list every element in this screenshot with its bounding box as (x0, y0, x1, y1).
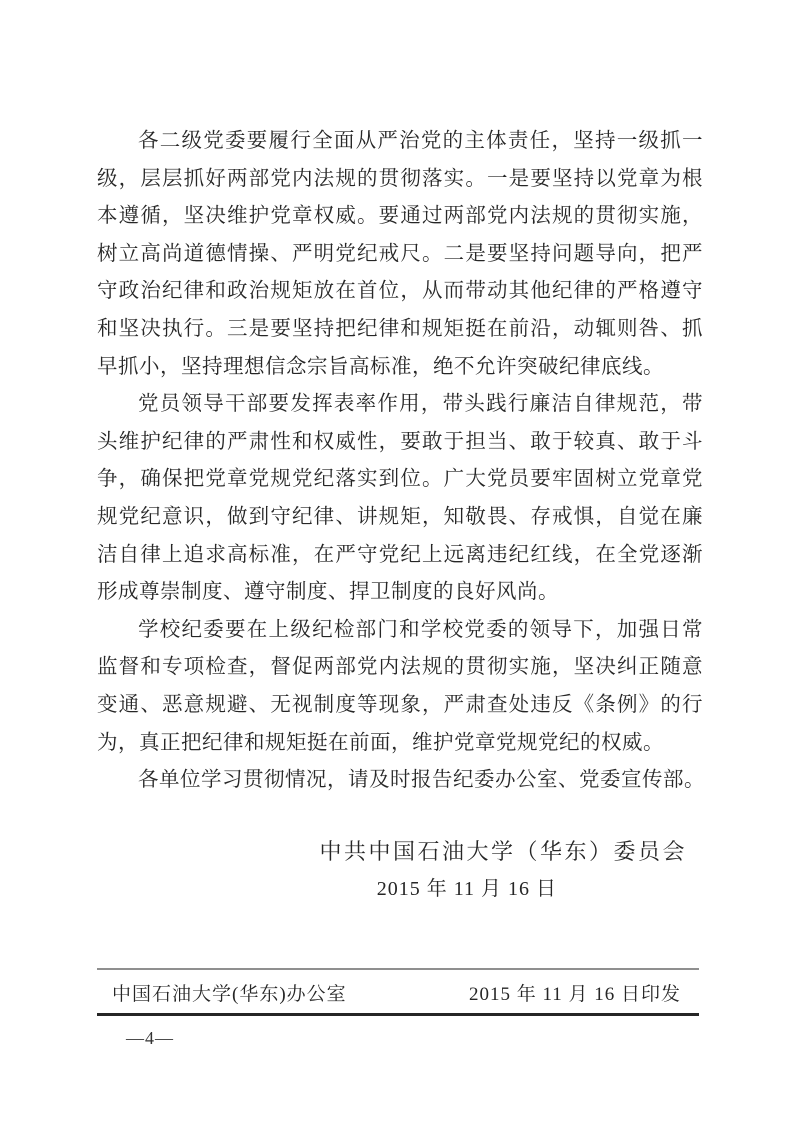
document-body: 各二级党委要履行全面从严治党的主体责任，坚持一级抓一 级，层层抓好两部党内法规的… (97, 123, 703, 800)
body-line: 党员领导干部要发挥表率作用，带头践行廉洁自律规范，带 (97, 386, 703, 424)
body-line: 守政治纪律和政治规矩放在首位，从而带动其他纪律的严格遵守 (97, 273, 703, 311)
body-line: 级，层层抓好两部党内法规的贯彻落实。一是要坚持以党章为根 (97, 161, 703, 199)
body-line: 学校纪委要在上级纪检部门和学校党委的领导下，加强日常 (97, 612, 703, 650)
issuing-office: 中国石油大学(华东)办公室 (112, 981, 347, 1009)
body-line: 各二级党委要履行全面从严治党的主体责任，坚持一级抓一 (97, 123, 703, 161)
print-date: 2015 年 11 月 16 日印发 (469, 981, 681, 1009)
colophon-rule-top (97, 968, 699, 970)
body-line: 洁自律上追求高标准，在严守党纪上远离违纪红线，在全党逐渐 (97, 537, 703, 575)
body-line: 树立高尚道德情操、严明党纪戒尺。二是要坚持问题导向，把严 (97, 236, 703, 274)
body-line: 形成尊崇制度、遵守制度、捍卫制度的良好风尚。 (97, 574, 703, 612)
body-line: 监督和专项检查，督促两部党内法规的贯彻实施，坚决纠正随意 (97, 649, 703, 687)
body-line: 和坚决执行。三是要坚持把纪律和规矩挺在前沿，动辄则咎、抓 (97, 311, 703, 349)
body-line: 早抓小，坚持理想信念宗旨高标准，绝不允许突破纪律底线。 (97, 349, 703, 387)
document-page: 各二级党委要履行全面从严治党的主体责任，坚持一级抓一 级，层层抓好两部党内法规的… (0, 0, 799, 1131)
signature-date: 2015 年 11 月 16 日 (97, 876, 703, 902)
body-line: 争，确保把党章党规党纪落实到位。广大党员要牢固树立党章党 (97, 461, 703, 499)
body-line: 为，真正把纪律和规矩挺在前面，维护党章党规党纪的权威。 (97, 725, 703, 763)
colophon: 中国石油大学(华东)办公室 2015 年 11 月 16 日印发 (97, 981, 699, 1009)
body-line: 头维护纪律的严肃性和权威性，要敢于担当、敢于较真、敢于斗 (97, 424, 703, 462)
body-line: 规党纪意识，做到守纪律、讲规矩，知敬畏、存戒惧，自觉在廉 (97, 499, 703, 537)
signer-name: 中共中国石油大学（华东）委员会 (97, 838, 703, 866)
colophon-rule-bottom (97, 1013, 699, 1016)
page-number: —4— (126, 1028, 174, 1049)
body-line: 本遵循，坚决维护党章权威。要通过两部党内法规的贯彻实施， (97, 198, 703, 236)
body-line: 变通、恶意规避、无视制度等现象，严肃查处违反《条例》的行 (97, 687, 703, 725)
body-line: 各单位学习贯彻情况，请及时报告纪委办公室、党委宣传部。 (97, 762, 703, 800)
